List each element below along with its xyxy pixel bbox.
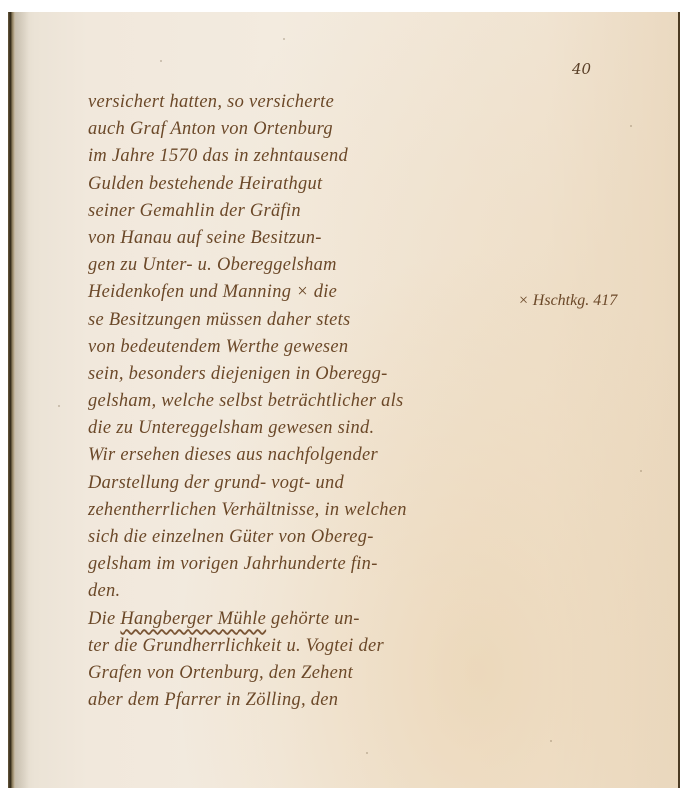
text-line: gelsham, welche selbst beträchtlicher al…	[88, 387, 534, 414]
text-line: Gulden bestehende Heirathgut	[88, 170, 534, 197]
text-line: von bedeutendem Werthe gewesen	[88, 333, 534, 360]
paper-speck	[283, 38, 285, 40]
text-line: seiner Gemahlin der Gräfin	[88, 197, 534, 224]
page-number: 40	[572, 60, 591, 78]
text-line: gelsham im vorigen Jahrhunderte fin-	[88, 550, 534, 577]
text-line: sein, besonders diejenigen in Oberegg-	[88, 360, 534, 387]
text-line: Grafen von Ortenburg, den Zehent	[88, 659, 534, 686]
text-line: ter die Grundherrlichkeit u. Vogtei der	[88, 632, 534, 659]
text-line-underlined: Die Hangberger Mühle gehörte un-	[88, 605, 534, 632]
binding-shadow	[15, 12, 29, 788]
paper-speck	[366, 752, 368, 754]
text-fragment: gehörte un-	[266, 608, 360, 629]
paper-speck	[58, 405, 60, 407]
text-line: versichert hatten, so versicherte	[88, 88, 534, 115]
text-line: Wir ersehen dieses aus nachfolgender	[88, 441, 534, 468]
text-fragment: Die	[88, 608, 120, 629]
manuscript-text: versichert hatten, so versicherte auch G…	[88, 88, 548, 713]
text-line: Heidenkofen und Manning × die	[88, 278, 534, 305]
underlined-heading: Hangberger Mühle	[120, 608, 266, 629]
text-line: aber dem Pfarrer in Zölling, den	[88, 686, 534, 713]
text-line: den.	[88, 577, 534, 604]
text-line: sich die einzelnen Güter von Obereg-	[88, 523, 534, 550]
text-line: zehentherrlichen Verhältnisse, in welche…	[88, 496, 534, 523]
paper-speck	[640, 470, 642, 472]
paper-speck	[630, 125, 632, 127]
text-line: im Jahre 1570 das in zehntausend	[88, 142, 534, 169]
book-binding-edge	[8, 12, 15, 788]
text-line: auch Graf Anton von Ortenburg	[88, 115, 534, 142]
text-line: von Hanau auf seine Besitzun-	[88, 224, 534, 251]
text-line: die zu Untereggelsham gewesen sind.	[88, 414, 534, 441]
paper-speck	[550, 740, 552, 742]
paper-speck	[160, 60, 162, 62]
text-line: Darstellung der grund- vogt- und	[88, 469, 534, 496]
text-line: se Besitzungen müssen daher stets	[88, 306, 534, 333]
text-line: gen zu Unter- u. Obereggelsham	[88, 251, 534, 278]
